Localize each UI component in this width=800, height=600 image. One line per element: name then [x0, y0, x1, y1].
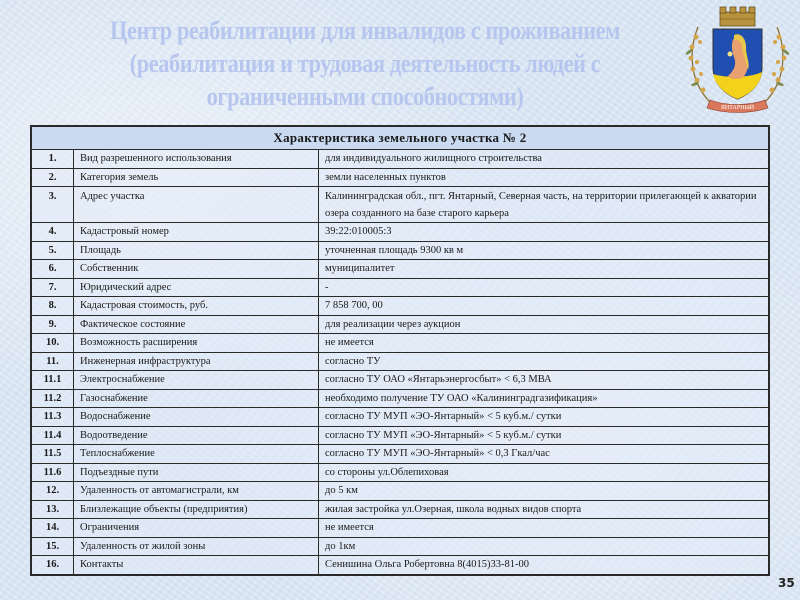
row-label: Теплоснабжение — [74, 445, 319, 464]
row-number: 11.4 — [31, 426, 74, 445]
title-line-2: (реабилитация и трудовая деятельность лю… — [68, 47, 661, 80]
row-label: Газоснабжение — [74, 389, 319, 408]
table-row: 13.Близлежащие объекты (предприятия)жила… — [31, 500, 769, 519]
row-value: земли населенных пунктов — [319, 168, 770, 187]
row-number: 8. — [31, 297, 74, 316]
row-number: 11. — [31, 352, 74, 371]
row-number: 2. — [31, 168, 74, 187]
row-value: для индивидуального жилищного строительс… — [319, 150, 770, 169]
page-number: 35 — [778, 576, 795, 590]
row-value: необходимо получение ТУ ОАО «Калининград… — [319, 389, 770, 408]
row-number: 13. — [31, 500, 74, 519]
row-label: Площадь — [74, 241, 319, 260]
row-label: Возможность расширения — [74, 334, 319, 353]
row-value: - — [319, 278, 770, 297]
row-label: Юридический адрес — [74, 278, 319, 297]
table-row: 11.2Газоснабжениенеобходимо получение ТУ… — [31, 389, 769, 408]
table-row: 14.Ограниченияне имеется — [31, 519, 769, 538]
row-number: 10. — [31, 334, 74, 353]
row-number: 12. — [31, 482, 74, 501]
row-value: до 1км — [319, 537, 770, 556]
table-header-row: Характеристика земельного участка № 2 — [31, 126, 769, 150]
slide-title: Центр реабилитации для инвалидов с прожи… — [68, 14, 661, 113]
row-value: согласно ТУ МУП «ЭО-Янтарный» < 0,3 Гкал… — [319, 445, 770, 464]
row-label: Подъездные пути — [74, 463, 319, 482]
table-row: 11.3Водоснабжениесогласно ТУ МУП «ЭО-Янт… — [31, 408, 769, 427]
table-row: 8.Кадастровая стоимость, руб.7 858 700, … — [31, 297, 769, 316]
row-number: 1. — [31, 150, 74, 169]
row-number: 4. — [31, 223, 74, 242]
row-value: муниципалитет — [319, 260, 770, 279]
row-value: согласно ТУ ОАО «Янтарьэнергосбыт» < 6,3… — [319, 371, 770, 390]
row-number: 11.3 — [31, 408, 74, 427]
row-value: Сенишина Ольга Робертовна 8(4015)33-81-0… — [319, 556, 770, 575]
row-label: Вид разрешенного использования — [74, 150, 319, 169]
row-label: Фактическое состояние — [74, 315, 319, 334]
table-row: 10.Возможность расширенияне имеется — [31, 334, 769, 353]
row-label: Удаленность от жилой зоны — [74, 537, 319, 556]
row-label: Контакты — [74, 556, 319, 575]
row-value: до 5 км — [319, 482, 770, 501]
table-row: 5.Площадьуточненная площадь 9300 кв м — [31, 241, 769, 260]
row-number: 11.1 — [31, 371, 74, 390]
coat-of-arms-icon: ЯНТАРНЫЙ — [680, 2, 795, 117]
row-label: Ограничения — [74, 519, 319, 538]
row-number: 15. — [31, 537, 74, 556]
row-label: Собственник — [74, 260, 319, 279]
row-value: жилая застройка ул.Озерная, школа водных… — [319, 500, 770, 519]
row-value: для реализации через аукцион — [319, 315, 770, 334]
row-label: Инженерная инфраструктура — [74, 352, 319, 371]
table-header: Характеристика земельного участка № 2 — [31, 126, 769, 150]
row-number: 11.6 — [31, 463, 74, 482]
row-number: 5. — [31, 241, 74, 260]
row-value: согласно ТУ — [319, 352, 770, 371]
row-number: 7. — [31, 278, 74, 297]
table-row: 3.Адрес участкаКалининградская обл., пгт… — [31, 187, 769, 223]
row-value: согласно ТУ МУП «ЭО-Янтарный» < 5 куб.м.… — [319, 408, 770, 427]
table-row: 11.6Подъездные путисо стороны ул.Облепих… — [31, 463, 769, 482]
row-label: Кадастровый номер — [74, 223, 319, 242]
table-row: 16.КонтактыСенишина Ольга Робертовна 8(4… — [31, 556, 769, 575]
row-value: со стороны ул.Облепиховая — [319, 463, 770, 482]
table-row: 15.Удаленность от жилой зоныдо 1км — [31, 537, 769, 556]
row-value: не имеется — [319, 519, 770, 538]
row-label: Водоотведение — [74, 426, 319, 445]
emblem-ribbon-text: ЯНТАРНЫЙ — [721, 103, 755, 111]
land-plot-table: Характеристика земельного участка № 2 1.… — [30, 125, 770, 576]
row-label: Водоснабжение — [74, 408, 319, 427]
row-label: Адрес участка — [74, 187, 319, 223]
table-row: 2.Категория земельземли населенных пункт… — [31, 168, 769, 187]
row-label: Удаленность от автомагистрали, км — [74, 482, 319, 501]
row-label: Категория земель — [74, 168, 319, 187]
table-row: 12.Удаленность от автомагистрали, кмдо 5… — [31, 482, 769, 501]
row-label: Близлежащие объекты (предприятия) — [74, 500, 319, 519]
row-value: согласно ТУ МУП «ЭО-Янтарный» < 5 куб.м.… — [319, 426, 770, 445]
row-number: 3. — [31, 187, 74, 223]
row-number: 6. — [31, 260, 74, 279]
row-value: уточненная площадь 9300 кв м — [319, 241, 770, 260]
table-row: 11.Инженерная инфраструктурасогласно ТУ — [31, 352, 769, 371]
title-line-3: ограниченными способностями) — [68, 80, 661, 113]
table-row: 11.4Водоотведениесогласно ТУ МУП «ЭО-Янт… — [31, 426, 769, 445]
row-number: 9. — [31, 315, 74, 334]
table-row: 11.1Электроснабжениесогласно ТУ ОАО «Янт… — [31, 371, 769, 390]
table-row: 9.Фактическое состояниедля реализации че… — [31, 315, 769, 334]
row-number: 14. — [31, 519, 74, 538]
row-number: 11.2 — [31, 389, 74, 408]
row-value: 39:22:010005:3 — [319, 223, 770, 242]
title-line-1: Центр реабилитации для инвалидов с прожи… — [68, 14, 661, 47]
row-value: не имеется — [319, 334, 770, 353]
row-value: Калининградская обл., пгт. Янтарный, Сев… — [319, 187, 770, 223]
row-label: Электроснабжение — [74, 371, 319, 390]
row-number: 16. — [31, 556, 74, 575]
row-label: Кадастровая стоимость, руб. — [74, 297, 319, 316]
table-row: 11.5Теплоснабжениесогласно ТУ МУП «ЭО-Ян… — [31, 445, 769, 464]
table-row: 4.Кадастровый номер39:22:010005:3 — [31, 223, 769, 242]
table-row: 1.Вид разрешенного использованиядля инди… — [31, 150, 769, 169]
table-row: 6.Собственникмуниципалитет — [31, 260, 769, 279]
row-number: 11.5 — [31, 445, 74, 464]
table-row: 7.Юридический адрес- — [31, 278, 769, 297]
row-value: 7 858 700, 00 — [319, 297, 770, 316]
